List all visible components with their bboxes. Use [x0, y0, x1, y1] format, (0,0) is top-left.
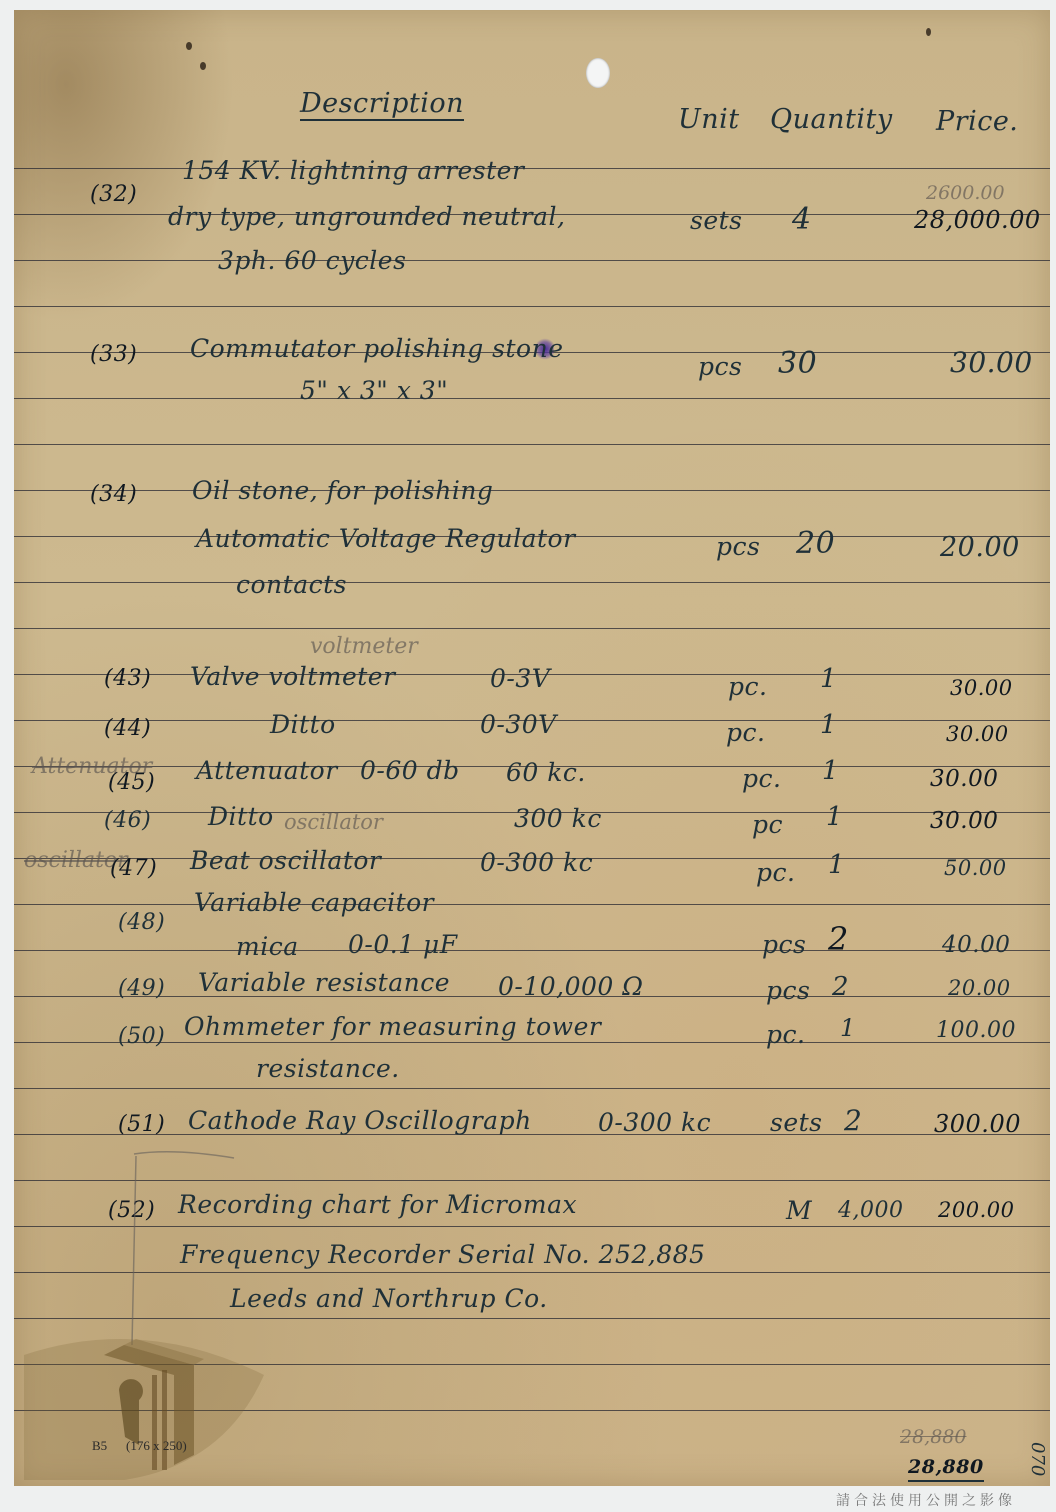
item-number: (33) — [90, 342, 137, 367]
item-description: 154 KV. lightning arrester — [182, 156, 524, 185]
total-amount: 28,880 — [908, 1456, 984, 1482]
item-price: 200.00 — [938, 1198, 1014, 1222]
ruled-line — [14, 582, 1050, 583]
paper-size-label: B5 — [92, 1438, 107, 1454]
item-number: (32) — [90, 182, 137, 207]
stain — [926, 28, 931, 36]
item-description: Ditto — [270, 710, 336, 739]
item-description: Oil stone, for polishing — [192, 476, 493, 505]
item-quantity: 1 — [828, 850, 845, 880]
ruled-line — [14, 260, 1050, 261]
item-description: Variable capacitor — [194, 888, 434, 917]
item-unit: sets — [770, 1108, 823, 1137]
item-price: 30.00 — [950, 676, 1013, 700]
item-quantity: 4,000 — [838, 1198, 903, 1223]
item-unit: M — [786, 1196, 812, 1225]
stain — [186, 42, 192, 50]
ruled-line — [14, 444, 1050, 445]
item-number: (48) — [118, 910, 165, 935]
item-description: Variable resistance — [198, 968, 450, 997]
page-number: 070 — [1027, 1442, 1048, 1476]
item-number: (50) — [118, 1024, 165, 1049]
item-spec: mica — [236, 932, 299, 961]
item-price: 100.00 — [936, 1018, 1016, 1043]
item-price: 30.00 — [930, 808, 998, 834]
item-spec: 0-60 db — [360, 756, 460, 785]
item-number: (49) — [118, 976, 165, 1001]
header-price: Price. — [936, 106, 1018, 137]
item-unit: pc — [752, 810, 783, 839]
ruled-line — [14, 490, 1050, 491]
item-quantity: 4 — [792, 202, 812, 237]
item-quantity: 30 — [778, 346, 817, 381]
punch-hole — [586, 58, 610, 88]
header-unit: Unit — [678, 104, 740, 135]
ruled-line — [14, 168, 1050, 169]
item-price: 28,000.00 — [914, 206, 1041, 234]
item-spec: 60 kc. — [506, 758, 586, 787]
item-quantity: 20 — [796, 526, 835, 561]
header-description: Description — [300, 88, 464, 121]
item-unit: pcs — [698, 352, 742, 381]
item-unit: pc. — [726, 718, 765, 747]
item-number: (43) — [104, 666, 151, 691]
item-description: Beat oscillator — [190, 846, 381, 875]
item-unit: pcs — [762, 930, 806, 959]
price-correction: 2600.00 — [926, 182, 1005, 204]
document-page: Description Unit Quantity Price. (32) 15… — [14, 10, 1050, 1486]
item-quantity: 1 — [820, 664, 837, 694]
item-description: Automatic Voltage Regulator — [196, 524, 576, 553]
item-description: Attenuator — [196, 756, 338, 785]
header-quantity: Quantity — [770, 104, 893, 135]
correction-note: oscillator — [284, 810, 383, 834]
item-description: resistance. — [256, 1054, 400, 1083]
item-spec: 0-30V — [480, 710, 557, 739]
item-price: 30.00 — [950, 346, 1033, 379]
item-description: Commutator polishing stone — [190, 334, 564, 363]
usage-watermark: 請合法使用公開之影像 — [836, 1490, 1016, 1510]
ruled-line — [14, 306, 1050, 307]
item-description: Ditto — [208, 802, 274, 831]
item-number: (47) — [110, 856, 157, 881]
item-price: 20.00 — [940, 532, 1020, 563]
ruled-line — [14, 904, 1050, 905]
item-quantity: 2 — [828, 920, 849, 958]
item-spec: 300 kc — [514, 804, 602, 833]
item-price: 50.00 — [944, 856, 1007, 880]
item-quantity: 2 — [832, 972, 849, 1002]
item-unit: pc. — [766, 1020, 805, 1049]
ruled-line — [14, 950, 1050, 951]
item-number: (34) — [90, 482, 137, 507]
item-price: 30.00 — [930, 766, 998, 792]
item-price: 30.00 — [946, 722, 1009, 746]
item-spec: 0-10,000 Ω — [498, 972, 644, 1001]
item-quantity: 1 — [826, 802, 843, 832]
total-pencil-note: 28,880 — [900, 1426, 966, 1448]
item-number: (45) — [108, 770, 155, 795]
item-price: 300.00 — [934, 1110, 1021, 1138]
item-unit: pcs — [716, 532, 760, 561]
item-quantity: 1 — [822, 756, 839, 786]
item-spec: 0-3V — [490, 664, 550, 693]
item-unit: pc. — [756, 858, 795, 887]
ruled-line — [14, 398, 1050, 399]
archive-logo-icon — [24, 1315, 264, 1485]
paper-dimensions: (176 x 250) — [126, 1438, 187, 1454]
item-spec: 0-0.1 μF — [348, 930, 458, 959]
ruled-line — [14, 628, 1050, 629]
item-description: Cathode Ray Oscillograph — [188, 1106, 532, 1135]
item-description: Valve voltmeter — [190, 662, 396, 691]
correction-note: voltmeter — [310, 634, 418, 659]
item-price: 40.00 — [942, 932, 1010, 958]
ruled-line — [14, 1042, 1050, 1043]
item-unit: pcs — [766, 976, 810, 1005]
ruled-line — [14, 1134, 1050, 1135]
item-description: 3ph. 60 cycles — [218, 246, 406, 275]
item-quantity: 1 — [820, 710, 837, 740]
item-number: (44) — [104, 716, 151, 741]
item-number: (46) — [104, 808, 151, 833]
item-description: 5" x 3" x 3" — [300, 376, 448, 405]
item-quantity: 2 — [844, 1104, 862, 1137]
item-spec: 0-300 kc — [480, 848, 593, 877]
item-quantity: 1 — [840, 1014, 856, 1042]
item-unit: pc. — [728, 672, 767, 701]
item-price: 20.00 — [948, 976, 1011, 1000]
item-description: contacts — [236, 570, 347, 599]
item-description: Ohmmeter for measuring tower — [184, 1012, 601, 1041]
item-unit: sets — [690, 206, 743, 235]
item-description: dry type, ungrounded neutral, — [168, 202, 565, 231]
item-unit: pc. — [742, 764, 781, 793]
ruled-line — [14, 1088, 1050, 1089]
item-number: (51) — [118, 1112, 165, 1137]
stain — [200, 62, 206, 70]
item-spec: 0-300 kc — [598, 1108, 711, 1137]
